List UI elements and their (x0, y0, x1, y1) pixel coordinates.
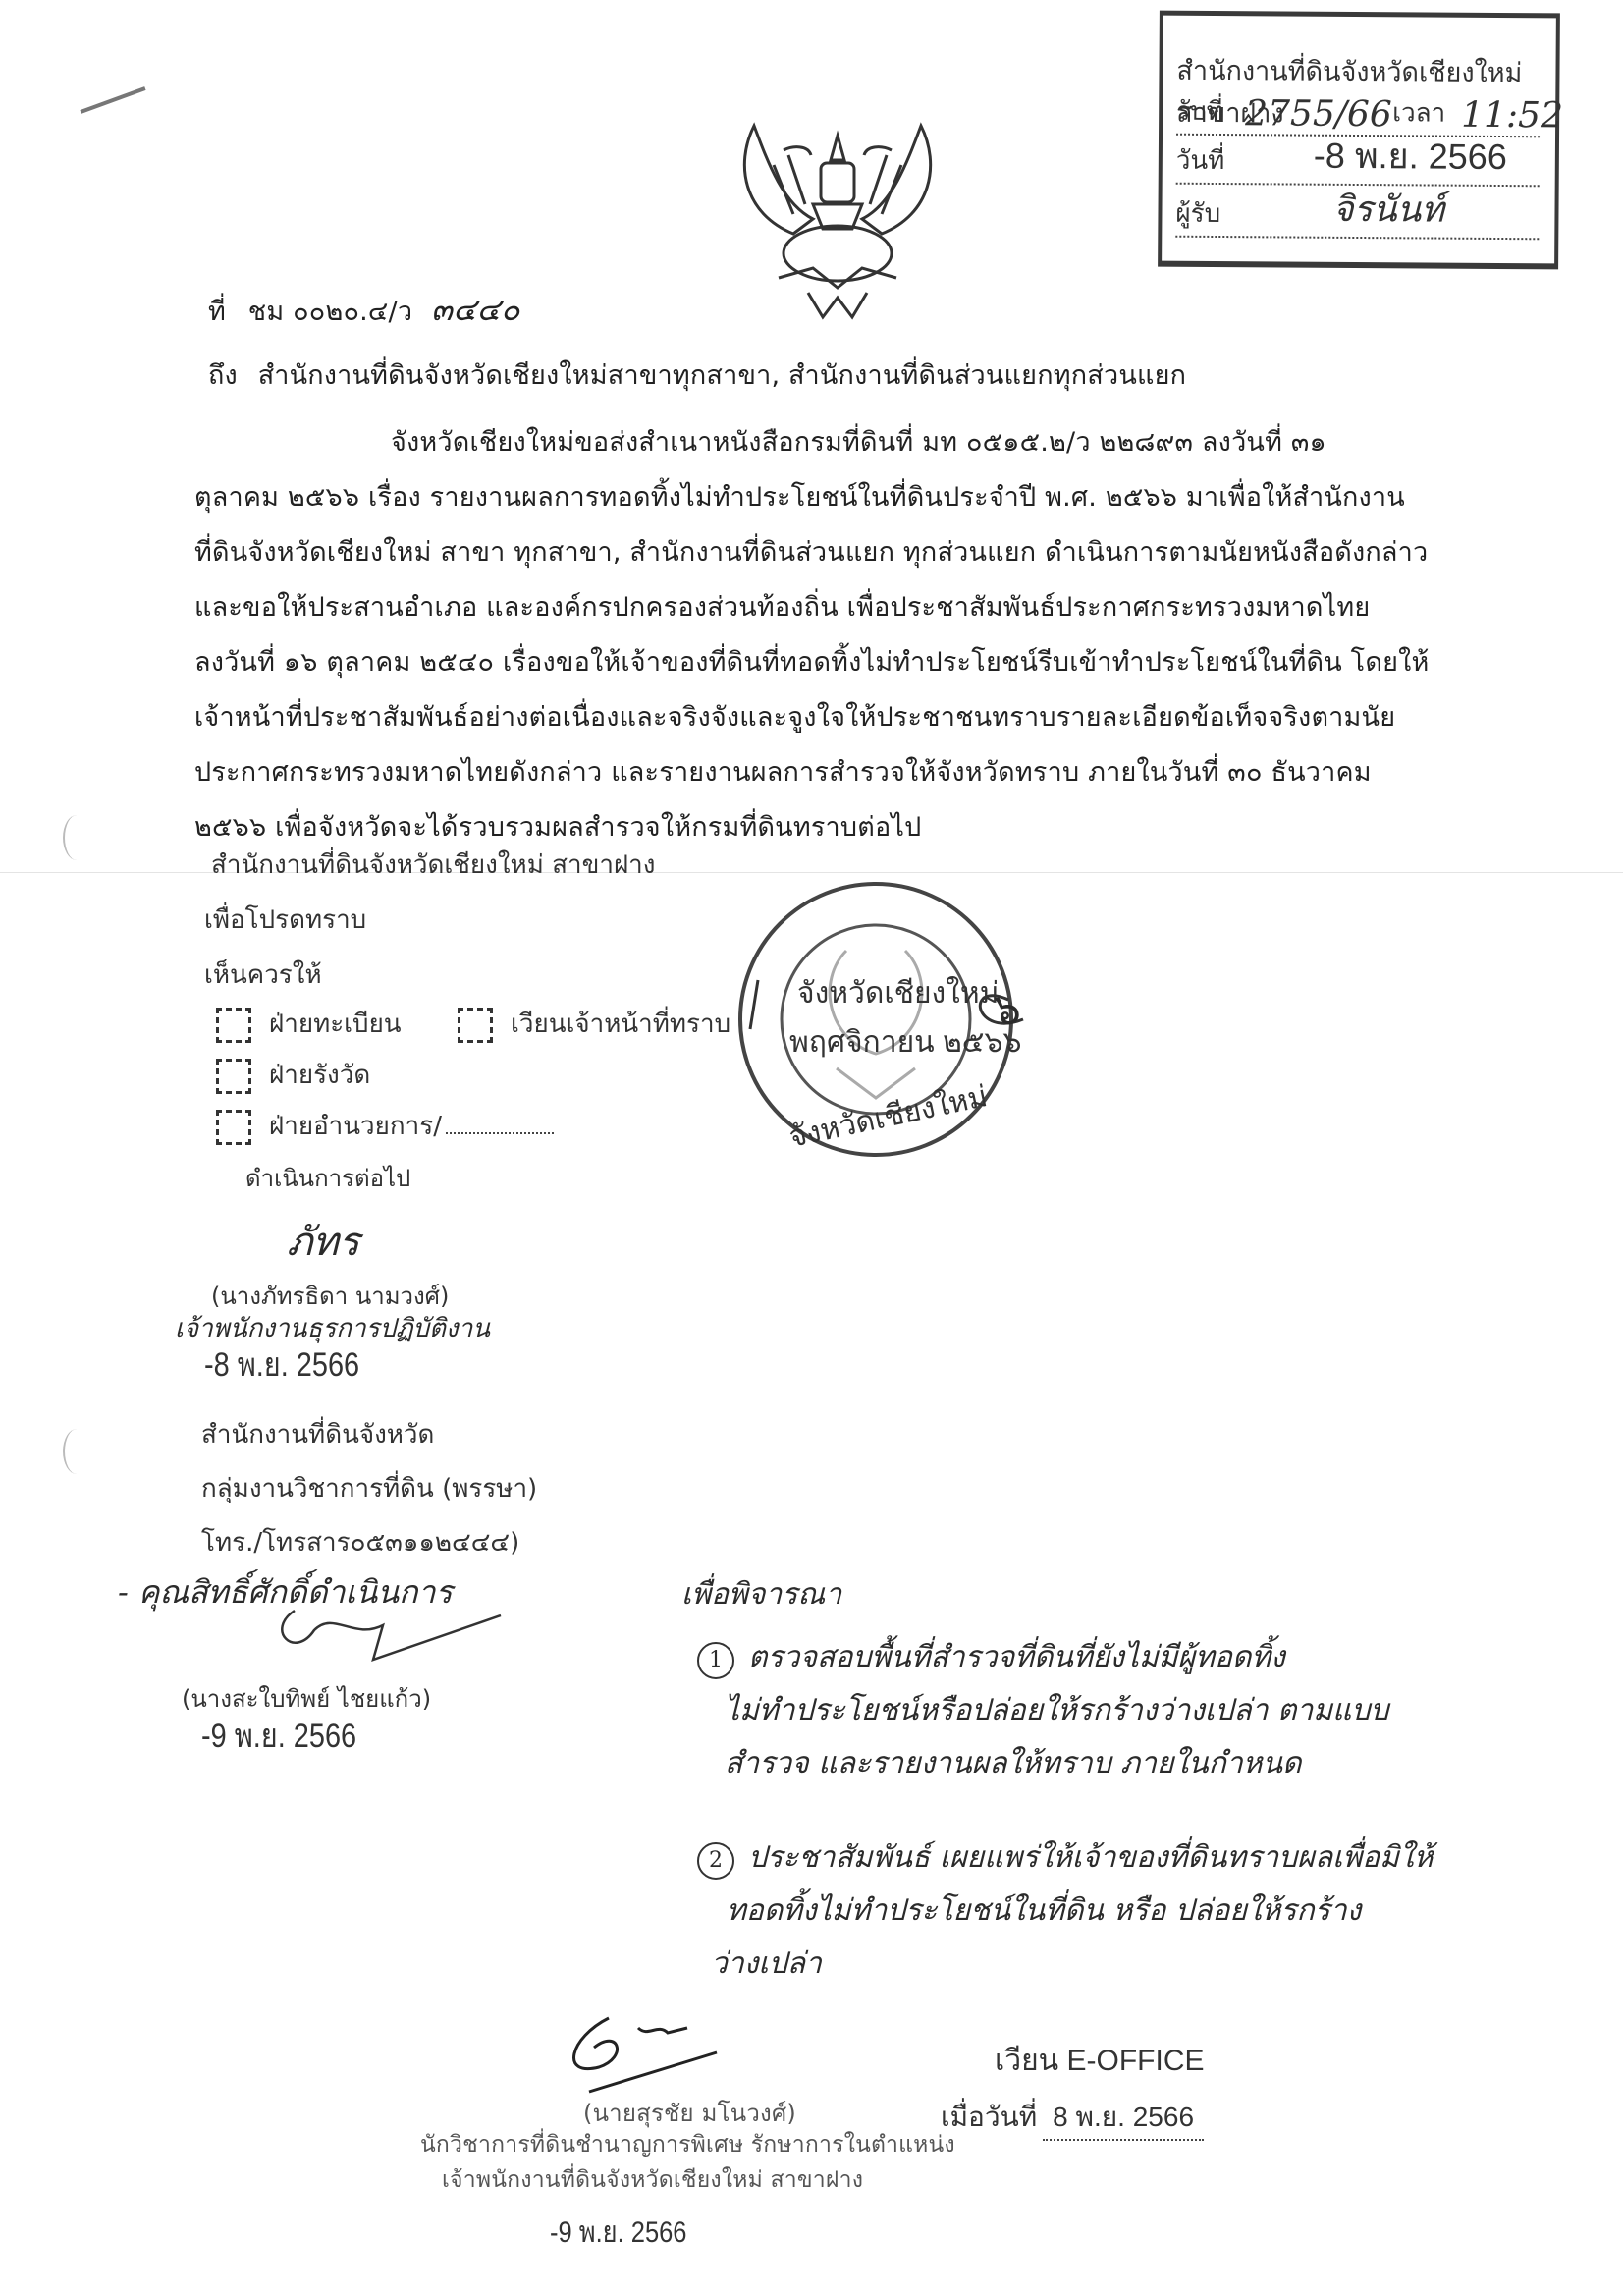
ref-prefix: ชม ๐๐๒๐.๔/ว (248, 297, 412, 327)
order-item-1-line-2: ไม่ทำประโยชน์หรือปล่อยให้รกร้างว่างเปล่า… (725, 1687, 1388, 1733)
ref-label: ที่ (208, 297, 226, 327)
sender-phone: โทร./โทรสาร๐๕๓๑๑๒๔๔๔) (201, 1522, 519, 1562)
routing-signature: ภัทร (287, 1210, 359, 1273)
reference-line: ที่ ชม ๐๐๒๐.๔/ว ๓๔๔๐ (208, 285, 520, 335)
routing-header: สำนักงานที่ดินจังหวัดเชียงใหม่ สาขาฝาง (211, 845, 655, 885)
eoffice-date-value: 8 พ.ย. 2566 (1043, 2096, 1204, 2141)
received-no-label: รับที่ (1176, 91, 1223, 132)
checkbox[interactable] (216, 1059, 251, 1094)
garuda-emblem-icon (715, 106, 960, 322)
order-number-2: 2 (697, 1842, 734, 1880)
order-item-2-line-2: ทอดทิ้งไม่ทำประโยชน์ในที่ดิน หรือ ปล่อยใ… (727, 1887, 1361, 1934)
eoffice-date-label: เมื่อวันที่ (941, 2102, 1037, 2132)
to-text: สำนักงานที่ดินจังหวัดเชียงใหม่สาขาทุกสาข… (258, 360, 1186, 391)
date-label: วันที่ (1176, 140, 1225, 181)
ref-number: ๓๔๔๐ (431, 291, 520, 328)
sender-group: กลุ่มงานวิชาการที่ดิน (พรรษา) (201, 1468, 537, 1508)
eoffice-stamp-title: เวียน E-OFFICE (995, 2038, 1205, 2084)
provincial-seal: จังหวัดเชียงใหม่ พฤศจิกายน ๒๕๖๖ จังหวัดเ… (729, 872, 1053, 1167)
note-date-stamp: -9 พ.ย. 2566 (201, 1709, 356, 1762)
order-item-2-line-3: ว่างเปล่า (711, 1941, 822, 1987)
eoffice-stamp-date: เมื่อวันที่8 พ.ย. 2566 (941, 2096, 1204, 2141)
seal-line-1: จังหวัดเชียงใหม่ (797, 970, 999, 1016)
receive-stamp: สำนักงานที่ดินจังหวัดเชียงใหม่ สาขาฝาง ร… (1158, 11, 1560, 270)
seal-handwritten-day: ๖ (994, 975, 1021, 1044)
date-value: -8 พ.ย. 2566 (1314, 128, 1507, 185)
approver-date-stamp: -9 พ.ย. 2566 (550, 2210, 686, 2256)
routing-for-info: เพื่อโปรดทราบ (204, 900, 366, 940)
body-line: ๒๕๖๖ เพื่อจังหวัดจะได้รวบรวมผลสำรวจให้กร… (194, 805, 922, 847)
order-number-1: 1 (697, 1642, 734, 1679)
body-line: ที่ดินจังหวัดเชียงใหม่ สาขา ทุกสาขา, สำน… (194, 530, 1428, 573)
signature-scribble-icon (255, 1601, 550, 1669)
body-line: และขอให้ประสานอำเภอ และองค์กรปกครองส่วนท… (194, 585, 1370, 628)
routing-proceed: ดำเนินการต่อไป (245, 1159, 410, 1197)
body-line: ประกาศกระทรวงมหาดไทยดังกล่าว และรายงานผล… (194, 750, 1372, 793)
receiver-label: ผู้รับ (1175, 193, 1220, 234)
checkbox[interactable] (216, 1110, 251, 1145)
to-label: ถึง (208, 360, 238, 391)
option-circulate-staff[interactable]: เวียนเจ้าหน้าที่ทราบ (458, 1004, 730, 1044)
option-administration[interactable]: ฝ่ายอำนวยการ/ (216, 1106, 554, 1146)
body-line: ตุลาคม ๒๕๖๖ เรื่อง รายงานผลการทอดทิ้งไม่… (194, 475, 1405, 518)
order-item-1-line-1: 1ตรวจสอบพื้นที่สำรวจที่ดินที่ยังไม่มีผู้… (697, 1634, 1285, 1680)
receiver-row: ผู้รับ จิรนันท์ (1175, 198, 1539, 241)
order-item-1-line-3: สำรวจ และรายงานผลให้ทราบ ภายในกำหนด (725, 1740, 1301, 1786)
body-line: ลงวันที่ ๑๖ ตุลาคม ๒๕๔๐ เรื่องขอให้เจ้าข… (194, 640, 1430, 683)
checkbox[interactable] (216, 1008, 251, 1043)
checkbox[interactable] (458, 1008, 493, 1043)
approver-title-2: เจ้าพนักงานที่ดินจังหวัดเชียงใหม่ สาขาฝา… (442, 2162, 863, 2198)
routing-should-assign: เห็นควรให้ (204, 955, 322, 995)
body-line: จังหวัดเชียงใหม่ขอส่งสำเนาหนังสือกรมที่ด… (391, 420, 1326, 463)
body-line: เจ้าหน้าที่ประชาสัมพันธ์อย่างต่อเนื่องแล… (194, 695, 1395, 738)
option-registration[interactable]: ฝ่ายทะเบียน (216, 1004, 402, 1044)
scan-smudge (80, 86, 145, 114)
routing-date-stamp: -8 พ.ย. 2566 (204, 1338, 359, 1391)
seal-line-2: พฤศจิกายน ๒๕๖๖ (789, 1019, 1022, 1066)
order-item-2-line-1: 2ประชาสัมพันธ์ เผยแพร่ให้เจ้าของที่ดินทร… (697, 1834, 1433, 1881)
to-line: ถึง สำนักงานที่ดินจังหวัดเชียงใหม่สาขาทุ… (208, 354, 1186, 396)
sender-office: สำนักงานที่ดินจังหวัด (201, 1414, 434, 1454)
option-survey[interactable]: ฝ่ายรังวัด (216, 1055, 370, 1095)
receiver-value: จิรนันท์ (1332, 181, 1444, 238)
approver-title-1: นักวิชาการที่ดินชำนาญการพิเศษ รักษาการใน… (420, 2127, 955, 2162)
orders-heading: เพื่อพิจารณา (681, 1571, 841, 1617)
punch-hole (63, 815, 90, 860)
punch-hole (63, 1429, 90, 1474)
